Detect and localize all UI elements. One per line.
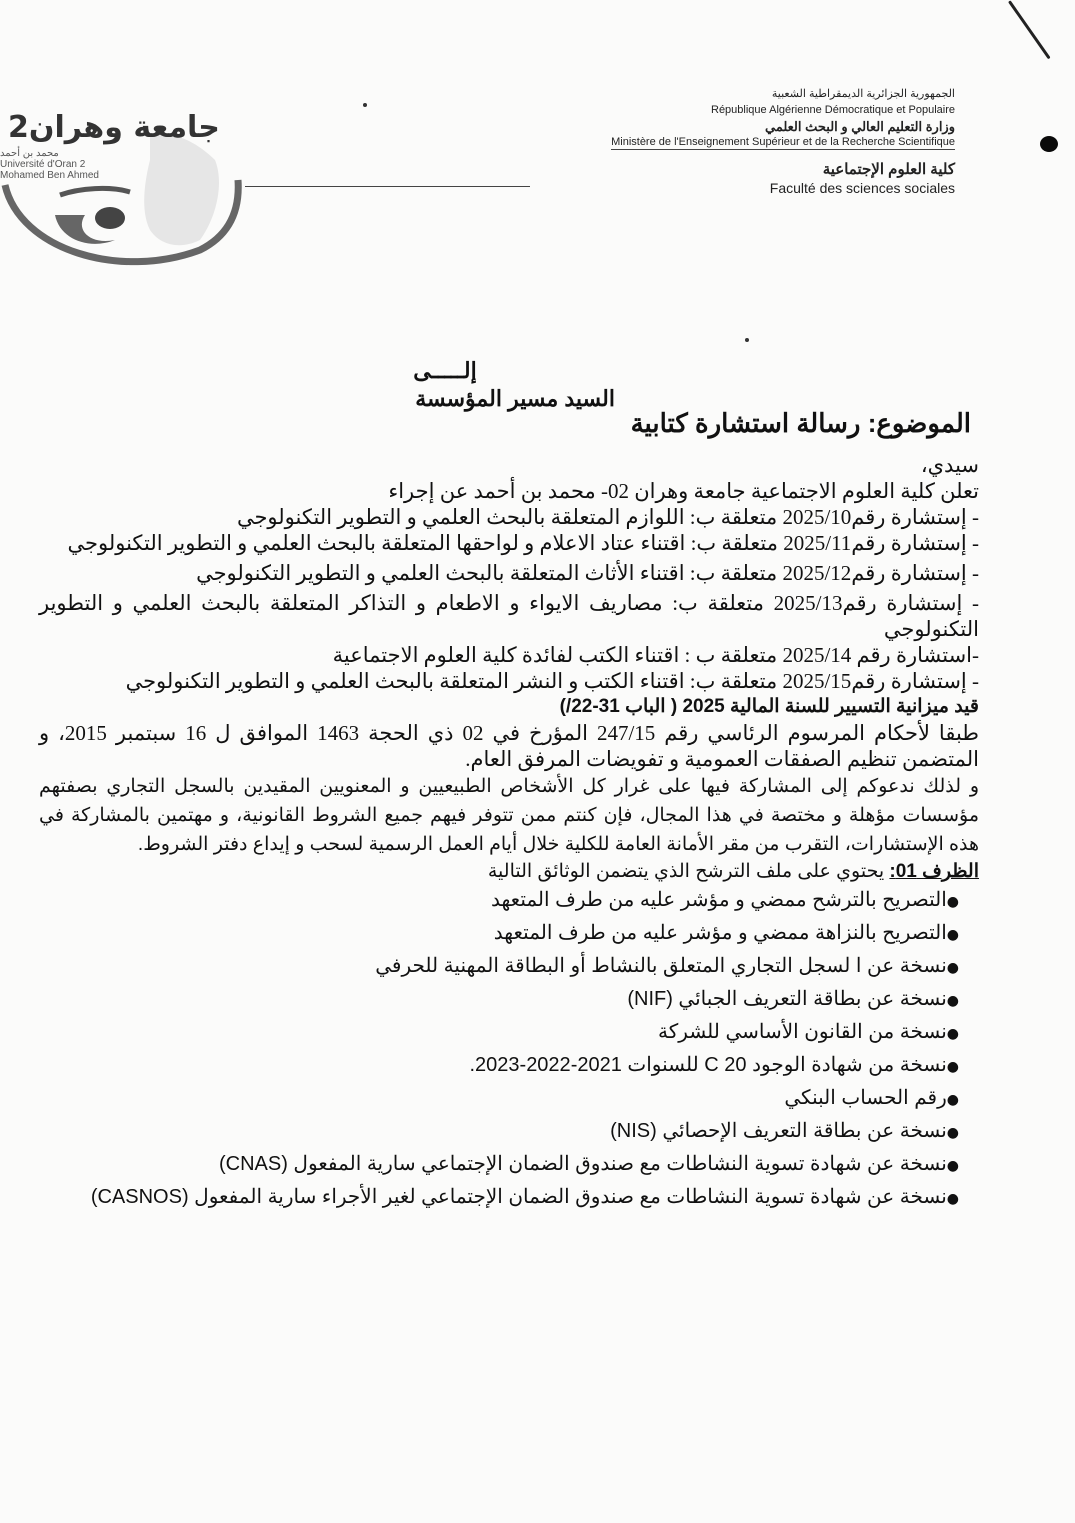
consultation-item: - إستشارة رقم2025/10 متعلقة ب: اللوازم ا… (39, 504, 979, 530)
list-item: ●التصريح بالنزاهة ممضي و مؤشر عليه من طر… (39, 918, 959, 951)
intro: تعلن كلية العلوم الاجتماعية جامعة وهران … (39, 478, 979, 504)
envelope-label: الظرف 01: (889, 861, 979, 882)
subject-line: الموضوع: رسالة استشارة كتابية (631, 408, 971, 439)
list-item: ●نسخة عن شهادة تسوية النشاطات مع صندوق ا… (39, 1182, 959, 1215)
budget-line: قيد ميزانية التسيير للسنة المالية 2025 (… (39, 694, 979, 720)
header-divider (245, 186, 530, 187)
logo-sub-ar: محمد بن أحمد (0, 148, 99, 159)
list-item: ●التصريح بالترشح ممضي و مؤشر عليه من طرف… (39, 885, 959, 918)
faculty-ar: كلية العلوم الإجتماعية (611, 160, 955, 178)
letterhead: الجمهورية الجزائرية الديمقراطية الشعبية … (611, 86, 955, 196)
bullet-icon: ● (947, 960, 959, 976)
letter-body: سيدي، تعلن كلية العلوم الاجتماعية جامعة … (39, 452, 979, 1215)
decree-paragraph: طبقا لأحكام المرسوم الرئاسي رقم 247/15 ا… (39, 720, 979, 772)
addressee-to: إلـــــى (0, 358, 890, 384)
document-text: نسخة عن ا لسجل التجاري المتعلق بالنشاط أ… (375, 955, 947, 977)
bullet-icon: ● (947, 1125, 959, 1141)
consultation-item: - إستشارة رقم2025/13 متعلقة ب: مصاريف ال… (39, 590, 979, 642)
logo-subtitle: محمد بن أحمد Université d'Oran 2 Mohamed… (0, 148, 99, 181)
document-text: نسخة عن بطاقة التعريف الجبائي (NIF) (627, 988, 946, 1010)
envelope-text: يحتوي على ملف الترشح الذي يتضمن الوثائق … (488, 861, 890, 882)
list-item: ●رقم الحساب البنكي (39, 1083, 959, 1116)
document-text: نسخة عن بطاقة التعريف الإحصائي (NIS) (610, 1120, 947, 1142)
document-text: نسخة عن شهادة تسوية النشاطات مع صندوق ال… (219, 1153, 947, 1175)
logo-sub-fr-2: Mohamed Ben Ahmed (0, 170, 99, 181)
document-text: رقم الحساب البنكي (784, 1087, 946, 1109)
consultation-item: -استشارة رقم 2025/14 متعلقة ب : اقتناء ا… (39, 642, 979, 668)
consultation-item: - إستشارة رقم2025/15 متعلقة ب: اقتناء ال… (39, 668, 979, 694)
university-logo: جامعة وهران2 محمد بن أحمد Université d'O… (0, 100, 255, 275)
ministry-fr: Ministère de l'Enseignement Supérieur et… (611, 136, 955, 150)
bullet-icon: ● (947, 1026, 959, 1042)
republic-fr: République Algérienne Démocratique et Po… (611, 102, 955, 118)
logo-name: جامعة وهران2 (8, 110, 220, 145)
staple-mark (1008, 0, 1051, 59)
document-text: نسخة عن شهادة تسوية النشاطات مع صندوق ال… (91, 1186, 947, 1208)
list-item: ●نسخة عن شهادة تسوية النشاطات مع صندوق ا… (39, 1149, 959, 1182)
document-text: التصريح بالترشح ممضي و مؤشر عليه من طرف … (491, 889, 947, 911)
scan-speck (363, 103, 367, 107)
document-text: نسخة من شهادة الوجود C 20 للسنوات 2021-2… (469, 1054, 946, 1076)
bullet-icon: ● (947, 1092, 959, 1108)
list-item: ●نسخة من القانون الأساسي للشركة (39, 1017, 959, 1050)
bullet-icon: ● (947, 1158, 959, 1174)
list-item: ●نسخة من شهادة الوجود C 20 للسنوات 2021-… (39, 1050, 959, 1083)
consultation-item: - إستشارة رقم2025/12 متعلقة ب: اقتناء ال… (39, 560, 979, 586)
salutation: سيدي، (39, 452, 979, 478)
recipient: السيد مسير المؤسسة (415, 386, 615, 412)
list-item: ●نسخة عن ا لسجل التجاري المتعلق بالنشاط … (39, 951, 959, 984)
document-text: التصريح بالنزاهة ممضي و مؤشر عليه من طرف… (494, 922, 947, 944)
bullet-icon: ● (947, 993, 959, 1009)
republic-ar: الجمهورية الجزائرية الديمقراطية الشعبية (611, 86, 955, 102)
bullet-icon: ● (947, 1059, 959, 1075)
envelope-line: الظرف 01: يحتوي على ملف الترشح الذي يتضم… (39, 859, 979, 885)
document-text: نسخة من القانون الأساسي للشركة (658, 1021, 947, 1043)
consultation-item: - إستشارة رقم2025/11 متعلقة ب: اقتناء عت… (39, 530, 979, 556)
list-item: ●نسخة عن بطاقة التعريف الجبائي (NIF) (39, 984, 959, 1017)
bullet-icon: ● (947, 1191, 959, 1207)
list-item: ●نسخة عن بطاقة التعريف الإحصائي (NIS) (39, 1116, 959, 1149)
faculty-fr: Faculté des sciences sociales (611, 180, 955, 196)
bullet-icon: ● (947, 927, 959, 943)
bullet-icon: ● (947, 894, 959, 910)
logo-sub-fr-1: Université d'Oran 2 (0, 159, 99, 170)
scan-speck (745, 338, 749, 342)
ink-blot (1040, 136, 1058, 152)
documents-list: ●التصريح بالترشح ممضي و مؤشر عليه من طرف… (39, 885, 959, 1215)
ministry-ar: وزارة التعليم العالي و البحث العلمي (611, 118, 955, 136)
invitation-paragraph: و لذلك ندعوكم إلى المشاركة فيها على غرار… (39, 772, 979, 859)
